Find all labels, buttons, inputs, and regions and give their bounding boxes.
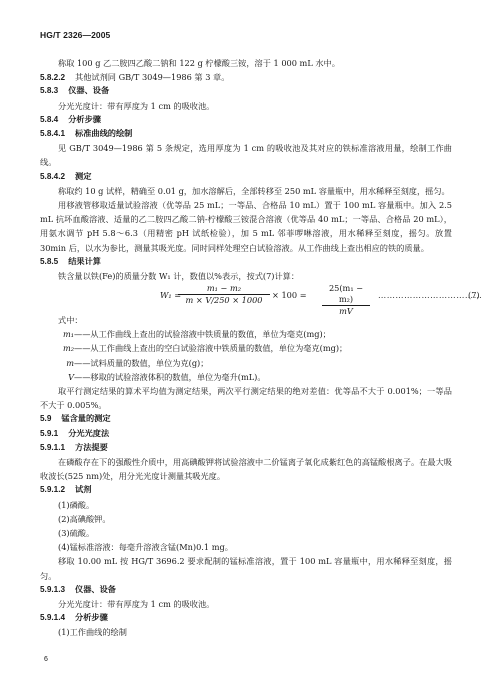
equation-number: (7) [468,290,480,300]
section-number: 5.8.4 [40,113,58,127]
section-title: 分光光度法 [68,429,109,438]
paragraph-5-9-1-4: (1)工作曲线的绘制 [40,625,452,639]
section-number: 5.8.4.1 [40,127,65,141]
paragraph-reagent-prep: 称取 100 g 乙二胺四乙酸二钠和 122 g 柠檬酸三铵，溶于 1 000 … [40,56,452,70]
fraction-1: m₁ − m₂ m × V/250 × 1000 [178,283,270,306]
section-title: 方法提要 [75,443,108,452]
definition-v: V——移取的试验溶液体积的数值，单位为毫升(mL)。 [40,370,452,384]
section-number: 5.8.4.2 [40,170,65,184]
paragraph-5-8-3: 分光光度计：带有厚度为 1 cm 的吸收池。 [40,99,452,113]
section-title: 锰含量的测定 [61,414,110,423]
section-5-8-2-2: 5.8.2.2其他试剂同 GB/T 3049—1986 第 3 章。 [40,70,452,84]
section-5-8-3-heading: 5.8.3仪器、设备 [40,84,452,98]
paragraph-5-8-4-2-procedure: 用移液管移取适量试验溶液（优等品 25 mL；一等品、合格品 10 mL）置于 … [40,198,452,255]
formula-7: W₁ = m₁ − m₂ m × V/250 × 1000 × 100 = 25… [40,283,452,313]
definition-m2: m₂——从工作曲线上查出的空白试验溶液中铁质量的数值，单位为毫克(mg)； [40,341,452,355]
section-number: 5.9.1.4 [40,611,65,625]
section-title: 分析步骤 [75,613,108,622]
definition-symbol: m [58,356,74,370]
document-page: HG/T 2326—2005 称取 100 g 乙二胺四乙酸二钠和 122 g … [0,0,484,690]
paragraph-5-9-1-3: 分光光度计：带有厚度为 1 cm 的吸收池。 [40,597,452,611]
section-number: 5.9.1.3 [40,583,65,597]
definition-m: m——试料质量的数值，单位为克(g)； [40,356,452,370]
section-5-9-1-1-heading: 5.9.1.1方法提要 [40,441,452,455]
standard-code-header: HG/T 2326—2005 [40,30,110,40]
definition-symbol: m₂ [58,341,74,355]
section-number: 5.9.1 [40,427,58,441]
section-title: 结果计算 [68,257,101,266]
section-title: 仪器、设备 [68,86,109,95]
section-5-9-heading: 5.9锰含量的测定 [40,412,452,426]
definition-text: ——移取的试验溶液体积的数值，单位为毫升(mL)。 [74,372,266,382]
reagent-item-1: (1)磷酸。 [40,498,452,512]
section-number: 5.8.2.2 [40,71,65,85]
section-title: 仪器、设备 [75,585,116,594]
section-5-8-4-1-heading: 5.8.4.1标准曲线的绘制 [40,127,452,141]
paragraph-5-8-4-2-weighing: 称取约 10 g 试样，精确至 0.01 g，加水溶解后，全部转移至 250 m… [40,184,452,198]
section-5-9-1-heading: 5.9.1分光光度法 [40,427,452,441]
section-5-9-1-4-heading: 5.9.1.4分析步骤 [40,611,452,625]
section-5-8-4-2-heading: 5.8.4.2测定 [40,170,452,184]
formula-leader-dots: ……………………………… [378,290,482,300]
section-title: 标准曲线的绘制 [75,129,132,138]
formula-times-100: × 100 = [272,290,307,300]
fraction-2: 25(m₁ − m₂) mV [322,283,370,317]
section-5-8-4-heading: 5.8.4分析步骤 [40,113,452,127]
section-number: 5.9 [40,412,51,426]
reagent-item-3: (3)硫酸。 [40,526,452,540]
paragraph-mn-standard: 移取 10.00 mL 按 HG/T 3696.2 要求配制的锰标准溶液，置于 … [40,554,452,582]
section-number: 5.8.3 [40,84,58,98]
section-text: 其他试剂同 GB/T 3049—1986 第 3 章。 [75,72,229,82]
section-number: 5.8.5 [40,255,58,269]
section-title: 试剂 [75,485,91,494]
reagent-item-4: (4)锰标准溶液：每毫升溶液含锰(Mn)0.1 mg。 [40,540,452,554]
definition-symbol: m₁ [58,327,74,341]
where-label: 式中： [40,313,452,327]
definition-m1: m₁——从工作曲线上查出的试验溶液中铁质量的数值，单位为毫克(mg)； [40,327,452,341]
paragraph-result-tolerance: 取平行测定结果的算术平均值为测定结果，两次平行测定结果的绝对差值：优等品不大于 … [40,384,452,412]
section-title: 分析步骤 [68,115,101,124]
paragraph-5-9-1-1: 在磷酸存在下的强酸性介质中，用高碘酸钾将试验溶液中二价锰离子氧化成紫红色的高锰酸… [40,455,452,483]
page-content: 称取 100 g 乙二胺四乙酸二钠和 122 g 柠檬酸三铵，溶于 1 000 … [40,56,452,640]
reagent-item-2: (2)高碘酸钾。 [40,512,452,526]
section-5-8-5-heading: 5.8.5结果计算 [40,255,452,269]
page-number: 6 [44,656,48,663]
definition-text: ——从工作曲线上查出的空白试验溶液中铁质量的数值，单位为毫克(mg)； [74,343,347,353]
definition-text: ——试料质量的数值，单位为克(g)； [74,358,208,368]
section-number: 5.9.1.1 [40,441,65,455]
definition-text: ——从工作曲线上查出的试验溶液中铁质量的数值，单位为毫克(mg)； [74,329,331,339]
section-title: 测定 [75,172,91,181]
fraction-2-denominator: mV [322,306,370,317]
fraction-2-numerator: 25(m₁ − m₂) [322,283,370,306]
section-5-9-1-3-heading: 5.9.1.3仪器、设备 [40,583,452,597]
fraction-1-numerator: m₁ − m₂ [178,283,270,295]
paragraph-5-8-4-1: 见 GB/T 3049—1986 第 5 条规定，选用厚度为 1 cm 的吸收池… [40,141,452,169]
section-number: 5.9.1.2 [40,483,65,497]
paragraph-5-8-5: 铁含量以铁(Fe)的质量分数 W₁ 计，数值以%表示，按式(7)计算： [40,269,452,283]
section-5-9-1-2-heading: 5.9.1.2试剂 [40,483,452,497]
fraction-1-denominator: m × V/250 × 1000 [178,295,270,306]
definition-symbol: V [58,370,74,384]
